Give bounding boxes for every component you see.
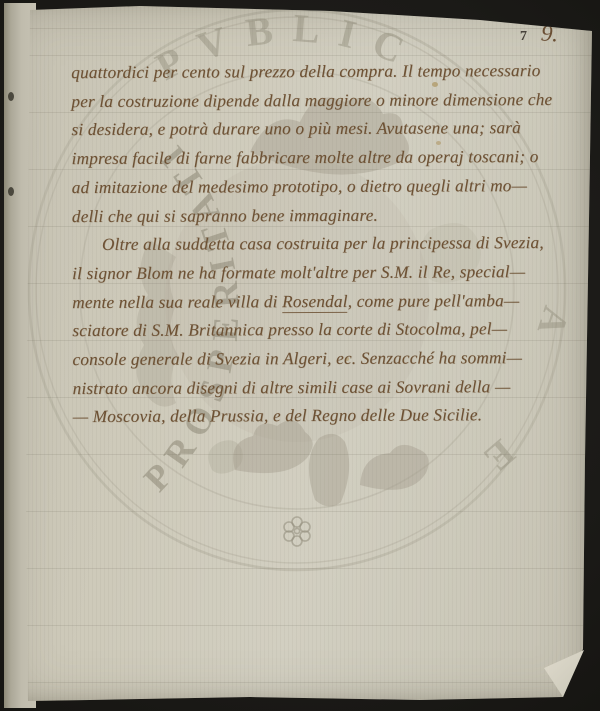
- manuscript-line: console generale di Svezia in Algeri, ec…: [72, 344, 577, 375]
- manuscript-text: quattordici per cento sul prezzo della c…: [71, 57, 578, 432]
- manuscript-line: il signor Blom ne ha formate molt'altre …: [72, 258, 577, 289]
- manuscript-line-segment: mente nella sua reale villa di: [72, 292, 282, 312]
- manuscript-line: si desidera, e potrà durare uno o più me…: [71, 114, 576, 145]
- manuscript-line: sciatore di S.M. Britannica presso la co…: [72, 315, 577, 346]
- folio-number-printed: 7: [520, 29, 528, 45]
- underlined-word-rosendal: Rosendal: [282, 292, 348, 313]
- manuscript-line: delli che qui si sapranno bene immaginar…: [72, 200, 577, 231]
- manuscript-line: Oltre alla suddetta casa costruita per l…: [72, 229, 577, 260]
- seal-rosette: [284, 517, 310, 546]
- stitch-hole: [8, 187, 14, 196]
- manuscript-line: ad imitazione del medesimo prototipo, o …: [72, 172, 577, 203]
- manuscript-line: nistrato ancora disegni di altre simili …: [73, 373, 578, 404]
- manuscript-line: impresa facile di farne fabbricare molte…: [72, 143, 577, 174]
- scan-background: PROSPERITATI PVBLIC AE 7 9. quattordici …: [0, 0, 600, 711]
- manuscript-line: — Moscovia, della Prussia, e del Regno d…: [73, 401, 578, 432]
- folio-number-handwritten: 9.: [540, 20, 559, 47]
- manuscript-line: per la costruzione dipende dalla maggior…: [71, 86, 576, 117]
- seal-ornament-putto-right: [360, 445, 429, 490]
- manuscript-page: PROSPERITATI PVBLIC AE 7 9. quattordici …: [0, 0, 600, 711]
- manuscript-line: quattordici per cento sul prezzo della c…: [71, 57, 576, 88]
- seal-ornament-curl-left: [208, 440, 242, 473]
- manuscript-line-segment: , come pure pell'amba—: [348, 291, 520, 311]
- manuscript-line: mente nella sua reale villa di Rosendal,…: [72, 287, 577, 318]
- seal-ornament-trophy-center: [309, 434, 349, 507]
- stitch-hole: [8, 92, 14, 101]
